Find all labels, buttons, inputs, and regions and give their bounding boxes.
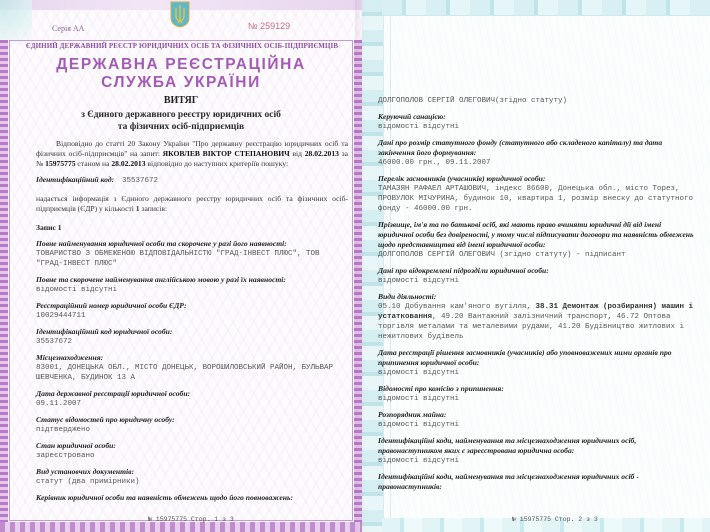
field-label: Дата реєстрації рішення засновників (уча… xyxy=(378,348,696,368)
decorative-corner xyxy=(0,0,32,44)
field-value: 09.11.2007 xyxy=(36,399,348,409)
activities-value: 05.10 Добування кам'яного вугілля, 38.31… xyxy=(378,302,696,342)
field-label: Ідентифікаційні коди, найменування та мі… xyxy=(378,436,696,456)
field-value: відомості відсутні xyxy=(378,394,696,404)
field-value: 83001, ДОНЕЦЬКА ОБЛ., МІСТО ДОНЕЦЬК, ВОР… xyxy=(36,363,348,383)
field-item: Вид установчих документів:статут (два пр… xyxy=(36,467,348,487)
request-number: 15975775 xyxy=(45,159,75,168)
field-value: відомості відсутні xyxy=(378,122,696,132)
field-value: відомості відсутні xyxy=(378,456,696,466)
registry-header: ЄДИНИЙ ДЕРЖАВНИЙ РЕЄСТР ЮРИДИЧНИХ ОСІБ Т… xyxy=(12,42,352,50)
field-label: Повне найменування юридичної особи та ск… xyxy=(36,239,348,249)
extract-body-page-1: Відповідно до статті 20 Закону України "… xyxy=(36,139,348,503)
field-item: Стан юридичної особи:зареєстровано xyxy=(36,441,348,461)
field-label: Ідентифікаційні коди, найменування та мі… xyxy=(378,472,696,492)
entry-fields: Повне найменування юридичної особи та ск… xyxy=(36,239,348,503)
field-item: Відомості про комісію з припинення:відом… xyxy=(378,384,696,404)
ornamental-border-bottom xyxy=(0,522,362,532)
field-item: Ідентифікаційний код юридичної особи:355… xyxy=(36,327,348,347)
field-label: Керуючий санацією: xyxy=(378,112,696,122)
search-criteria: Ідентифікаційний код: 35537672 xyxy=(36,175,348,186)
intro-paragraph: Відповідно до статті 20 Закону України "… xyxy=(36,139,348,169)
document-subtitle: з Єдиного державного реєстру юридичних о… xyxy=(0,109,362,133)
search-criteria-value: 35537672 xyxy=(122,177,158,185)
field-label: Повне та скорочене найменування англійсь… xyxy=(36,275,348,285)
field-label: Статус відомостей про юридичну особу: xyxy=(36,415,348,425)
field-label: Місцезнаходження: xyxy=(36,353,348,363)
field-item: Статус відомостей про юридичну особу:під… xyxy=(36,415,348,435)
document-page-2: ДОЛГОПОЛОВ СЕРГІЙ ОЛЕГОВИЧ(згідно статут… xyxy=(362,0,710,532)
field-value: відомості відсутні xyxy=(378,276,696,286)
entry-heading: Запис 1 xyxy=(36,223,348,233)
series-label: Серія АА xyxy=(52,24,84,33)
field-item: Дата державної реєстрації юридичної особ… xyxy=(36,389,348,409)
field-item: Місцезнаходження:83001, ДОНЕЦЬКА ОБЛ., М… xyxy=(36,353,348,383)
field-value: ТАМАЗЯН РАФАЕЛ АРТАШОВИЧ, індекс 86600, … xyxy=(378,184,696,214)
field-item: Ідентифікаційні коди, найменування та мі… xyxy=(378,472,696,492)
field-value: ДОЛГОПОЛОВ СЕРГІЙ ОЛЕГОВИЧ (згідно стату… xyxy=(378,250,696,260)
field-item: Дані про розмір статутного фонду (статут… xyxy=(378,138,696,168)
field-item: Розпорядник майна:відомості відсутні xyxy=(378,410,696,430)
form-number: № 259129 xyxy=(248,21,290,31)
extract-body-page-2: ДОЛГОПОЛОВ СЕРГІЙ ОЛЕГОВИЧ(згідно статут… xyxy=(378,96,696,492)
requester-name: ЯКОВЛЕВ ВІКТОР СТЕПАНОВИЧ xyxy=(163,149,290,158)
field-item: Керівник юридичної особи та наявність об… xyxy=(36,493,348,503)
field-label: Ідентифікаційний код юридичної особи: xyxy=(36,327,348,337)
field-label: Стан юридичної особи: xyxy=(36,441,348,451)
field-value: ТОВАРИСТВО З ОБМЕЖЕНОЮ ВІДПОВІДАЛЬНІСТЮ … xyxy=(36,249,348,269)
field-label: Прізвище, ім'я та по батькові осіб, які … xyxy=(378,220,696,250)
field-item: Повне та скорочене найменування англійсь… xyxy=(36,275,348,295)
field-item: Дані про відокремлені підрозділи юридичн… xyxy=(378,266,696,286)
continued-value: ДОЛГОПОЛОВ СЕРГІЙ ОЛЕГОВИЧ(згідно статут… xyxy=(378,96,696,106)
field-label: Вид установчих документів: xyxy=(36,467,348,477)
document-page-1: Серія АА № 259129 ЄДИНИЙ ДЕРЖАВНИЙ РЕЄСТ… xyxy=(0,0,362,532)
field-item: Дата реєстрації рішення засновників (уча… xyxy=(378,348,696,378)
field-label: Дата державної реєстрації юридичної особ… xyxy=(36,389,348,399)
as-of-date: 28.02.2013 xyxy=(111,159,145,168)
page-footer: № 15975775 Стор. 2 з 3 xyxy=(512,516,598,523)
entry-fields-continued: Дата реєстрації рішення засновників (уча… xyxy=(378,348,696,492)
field-item: Перелік засновників (учасників) юридично… xyxy=(378,174,696,214)
field-value: 46000.00 грн., 09.11.2007 xyxy=(378,158,696,168)
field-label: Керівник юридичної особи та наявність об… xyxy=(36,493,348,503)
field-item: Реєстраційний номер юридичної особи ЄДР:… xyxy=(36,301,348,321)
field-value: статут (два примірники) xyxy=(36,477,348,487)
issuing-authority-title: ДЕРЖАВНА РЕЄСТРАЦІЙНА СЛУЖБА УКРАЇНИ xyxy=(0,56,362,92)
page-footer: № 15975775 Стор. 1 з 3 xyxy=(148,516,234,523)
field-value: відомості відсутні xyxy=(378,420,696,430)
field-value: відомості відсутні xyxy=(36,285,348,295)
field-item: Керуючий санацією:відомості відсутні xyxy=(378,112,696,132)
field-activities: Види діяльності: 05.10 Добування кам'яно… xyxy=(378,292,696,342)
coat-of-arms-icon xyxy=(169,0,191,28)
field-value: зареєстровано xyxy=(36,451,348,461)
field-label: Перелік засновників (учасників) юридично… xyxy=(378,174,696,184)
entry-fields: Керуючий санацією:відомості відсутніДані… xyxy=(378,112,696,286)
field-label: Дані про відокремлені підрозділи юридичн… xyxy=(378,266,696,276)
field-value: відомості відсутні xyxy=(378,368,696,378)
ornamental-border-top xyxy=(382,0,710,16)
page-divider xyxy=(355,0,365,532)
field-label: Розпорядник майна: xyxy=(378,410,696,420)
field-item: Повне найменування юридичної особи та ск… xyxy=(36,239,348,269)
request-date: 28.02.2013 xyxy=(305,149,339,158)
field-item: Ідентифікаційні коди, найменування та мі… xyxy=(378,436,696,466)
field-value: підтверджено xyxy=(36,425,348,435)
field-value: 35537672 xyxy=(36,337,348,347)
results-paragraph: надається інформація з Єдиного державног… xyxy=(36,194,348,214)
field-item: Прізвище, ім'я та по батькові осіб, які … xyxy=(378,220,696,260)
field-label: Дані про розмір статутного фонду (статут… xyxy=(378,138,696,158)
field-label: Реєстраційний номер юридичної особи ЄДР: xyxy=(36,301,348,311)
field-value: 10029444711 xyxy=(36,311,348,321)
document-title: ВИТЯГ xyxy=(0,95,362,106)
field-label: Відомості про комісію з припинення: xyxy=(378,384,696,394)
